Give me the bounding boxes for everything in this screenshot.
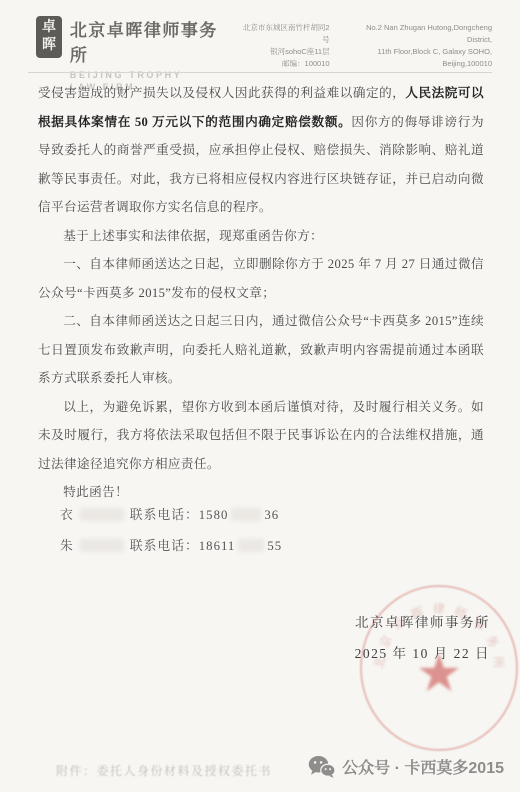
wechat-account-label: 公众号 · 卡西莫多2015	[342, 755, 504, 778]
contact-row: 衣联系电话：158036	[60, 500, 282, 531]
seal-char-top: 卓	[42, 19, 56, 37]
signature-firm: 北京卓晖律师事务所	[355, 607, 490, 638]
redacted-phone	[231, 508, 261, 521]
paragraph-warning: 以上，为避免诉累，望你方收到本函后谨慎对待，及时履行相关义务。如未及时履行，我方…	[38, 393, 484, 479]
contact-label: 联系电话：	[130, 539, 199, 553]
redacted-name	[80, 508, 124, 521]
paragraph-damages: 受侵害造成的财产损失以及侵权人因此获得的利益难以确定的，人民法院可以根据具体案情…	[38, 79, 484, 222]
firm-address-en: No.2 Nan Zhugan Hutong,Dongcheng Distric…	[340, 22, 492, 70]
contact-surname: 衣	[60, 508, 74, 522]
signature-block: 北京卓晖律师事务所 2025 年 10 月 22 日	[355, 607, 490, 669]
header-divider	[28, 72, 492, 73]
wechat-icon	[308, 755, 335, 778]
phone-prefix: 18611	[199, 539, 236, 553]
signature-date: 2025 年 10 月 22 日	[355, 638, 490, 669]
paragraph-demand-1: 一、自本律师函送达之日起，立即删除你方于 2025 年 7 月 27 日通过微信…	[38, 250, 484, 307]
firm-address-cn: 北京市东城区南竹杆胡同2号 银河sohoC座11层 邮编：100010	[236, 22, 330, 70]
redacted-phone	[238, 539, 264, 552]
attachment-note: 附件：委托人身份材料及授权委托书	[56, 762, 272, 779]
contact-block: 衣联系电话：158036 朱联系电话：1861155	[60, 500, 282, 562]
contact-label: 联系电话：	[130, 508, 199, 522]
paragraph-demand-2: 二、自本律师函送达之日起三日内，通过微信公众号“卡西莫多 2015”连续七日置顶…	[38, 307, 484, 393]
contact-row: 朱联系电话：1861155	[60, 531, 282, 562]
paragraph-notice-intro: 基于上述事实和法律依据，现郑重函告你方：	[38, 222, 484, 251]
phone-prefix: 1580	[199, 508, 229, 522]
firm-seal-icon: 卓 晖	[36, 16, 62, 58]
firm-address: 北京市东城区南竹杆胡同2号 银河sohoC座11层 邮编：100010 No.2…	[236, 22, 492, 70]
contact-surname: 朱	[60, 539, 74, 553]
letter-body: 受侵害造成的财产损失以及侵权人因此获得的利益难以确定的，人民法院可以根据具体案情…	[38, 79, 484, 507]
seal-char-bottom: 晖	[42, 37, 56, 55]
phone-suffix: 36	[264, 508, 279, 522]
wechat-account-badge: 公众号 · 卡西莫多2015	[308, 755, 504, 778]
redacted-name	[80, 539, 124, 552]
firm-name-cn: 北京卓晖律师事务所	[70, 16, 236, 66]
lawyer-letter-page: 卓 晖 北京卓晖律师事务所 BEIJING TROPHY LAW FIRM 北京…	[0, 0, 520, 792]
phone-suffix: 55	[267, 539, 282, 553]
